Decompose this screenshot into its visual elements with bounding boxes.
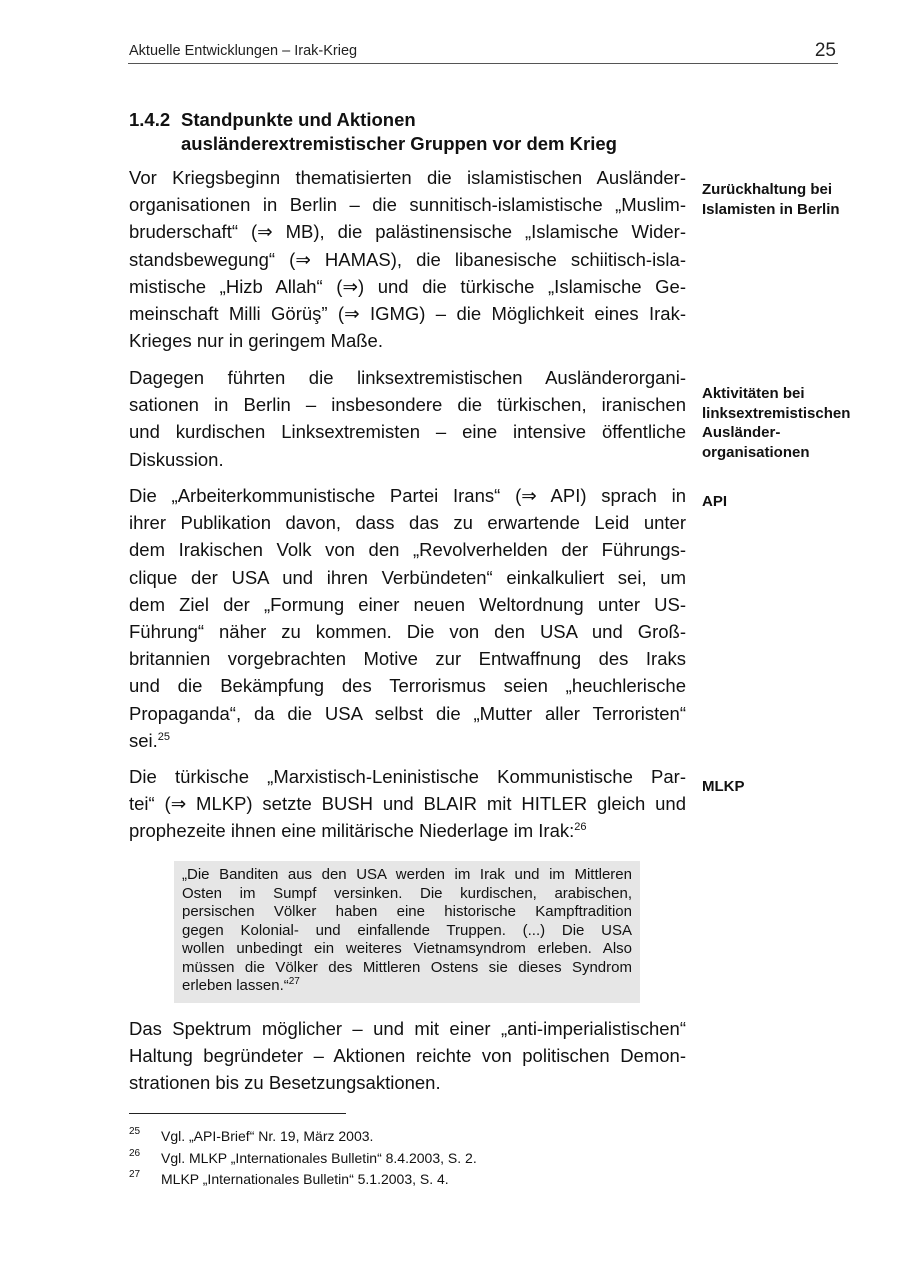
- text-line: Propaganda“, da die USA selbst die „Mutt…: [129, 700, 686, 727]
- paragraph-mlkp: Die türkische „Marxistisch-Leninistische…: [129, 763, 686, 845]
- text-line: und die Bekämpfung des Terrorismus seien…: [129, 672, 686, 699]
- footnote-text: Vgl. MLKP „Internationales Bulletin“ 8.4…: [161, 1149, 477, 1167]
- section-title-line-2: ausländerextremistischer Gruppen vor dem…: [181, 131, 617, 156]
- margin-note-line: Zurückhaltung bei: [702, 180, 840, 200]
- mlkp-quote: „Die Banditen aus den USA werden im Irak…: [182, 866, 632, 996]
- footnote-text: MLKP „Internationales Bulletin“ 5.1.2003…: [161, 1170, 449, 1188]
- footnote-ref-27[interactable]: 27: [289, 976, 300, 987]
- paragraph-spectrum-of-actions: Das Spektrum möglicher – und mit einer „…: [129, 1015, 686, 1097]
- quote-line: persischen Völker haben eine historische…: [182, 903, 632, 922]
- margin-note-left-extremist-activities: Aktivitäten bei linksextremistischen Aus…: [702, 384, 850, 462]
- text-line: Die „Arbeiterkommunistische Partei Irans…: [129, 482, 686, 509]
- text-line: dem Irakischen Volk von den „Revolverhel…: [129, 536, 686, 563]
- quote-line: Osten im Sumpf versinken. Die kurdischen…: [182, 885, 632, 904]
- footnote-number: 27: [129, 1166, 140, 1184]
- text-line: Diskussion.: [129, 446, 686, 473]
- text-fragment: sei.: [129, 730, 158, 751]
- paragraph-api: Die „Arbeiterkommunistische Partei Irans…: [129, 482, 686, 754]
- text-fragment: prophezeite ihnen eine militärische Nied…: [129, 820, 574, 841]
- text-line: dem Ziel der „Formung einer neuen Weltor…: [129, 591, 686, 618]
- text-line: Vor Kriegsbeginn thematisierten die isla…: [129, 164, 686, 191]
- footnote-text: Vgl. „API-Brief“ Nr. 19, März 2003.: [161, 1127, 373, 1145]
- text-line: Das Spektrum möglicher – und mit einer „…: [129, 1015, 686, 1042]
- margin-note-line: MLKP: [702, 777, 745, 797]
- text-line: Dagegen führten die linksextremistischen…: [129, 364, 686, 391]
- margin-note-line: Ausländer-: [702, 423, 850, 443]
- footnote-ref-26[interactable]: 26: [574, 821, 586, 833]
- text-line: tei“ (⇒ MLKP) setzte BUSH und BLAIR mit …: [129, 790, 686, 817]
- quote-line: gegen Kolonial- und einfallende Truppen.…: [182, 922, 632, 941]
- text-line: prophezeite ihnen eine militärische Nied…: [129, 817, 686, 844]
- header-divider: [128, 63, 838, 64]
- margin-note-mlkp: MLKP: [702, 777, 745, 797]
- margin-note-islamist-restraint: Zurückhaltung bei Islamisten in Berlin: [702, 180, 840, 219]
- margin-note-line: API: [702, 492, 727, 512]
- margin-note-line: Islamisten in Berlin: [702, 200, 840, 220]
- paragraph-islamist-restraint: Vor Kriegsbeginn thematisierten die isla…: [129, 164, 686, 354]
- quote-line: wollen unbedingt ein weiteres Vietnamsyn…: [182, 940, 632, 959]
- footnote-number: 25: [129, 1123, 140, 1141]
- text-fragment: erleben lassen.“: [182, 977, 289, 994]
- text-line: standsbewegung“ (⇒ HAMAS), die libanesis…: [129, 246, 686, 273]
- margin-note-line: organisationen: [702, 443, 850, 463]
- text-line: mistische „Hizb Allah“ (⇒) und die türki…: [129, 273, 686, 300]
- text-line: Die türkische „Marxistisch-Leninistische…: [129, 763, 686, 790]
- text-line: ihrer Publikation davon, dass das zu erw…: [129, 509, 686, 536]
- paragraph-left-extremist-activities: Dagegen führten die linksextremistischen…: [129, 364, 686, 473]
- margin-note-line: Aktivitäten bei: [702, 384, 850, 404]
- quote-line: erleben lassen.“27: [182, 977, 632, 996]
- footnote-number: 26: [129, 1145, 140, 1163]
- footnote-ref-25[interactable]: 25: [158, 731, 170, 743]
- text-line: meinschaft Milli Görüş” (⇒ IGMG) – die M…: [129, 300, 686, 327]
- margin-note-api: API: [702, 492, 727, 512]
- text-line: strationen bis zu Besetzungsaktionen.: [129, 1069, 686, 1096]
- footnote-divider: [129, 1113, 346, 1114]
- text-line: britannien vorgebrachten Motive zur Entw…: [129, 645, 686, 672]
- section-number: 1.4.2: [129, 107, 170, 132]
- text-line: sationen in Berlin – insbesondere die tü…: [129, 391, 686, 418]
- text-line: sei.25: [129, 727, 686, 754]
- text-line: clique der USA und ihren Verbündeten“ ei…: [129, 564, 686, 591]
- margin-note-line: linksextremistischen: [702, 404, 850, 424]
- text-line: und kurdischen Linksextremisten – eine i…: [129, 418, 686, 445]
- text-line: organisationen in Berlin – die sunnitisc…: [129, 191, 686, 218]
- text-line: Krieges nur in geringem Maße.: [129, 327, 686, 354]
- text-line: bruderschaft“ (⇒ MB), die palästinensisc…: [129, 218, 686, 245]
- text-line: Führung“ näher zu kommen. Die von den US…: [129, 618, 686, 645]
- quote-line: „Die Banditen aus den USA werden im Irak…: [182, 866, 632, 885]
- text-line: Haltung begründeter – Aktionen reichte v…: [129, 1042, 686, 1069]
- page-number: 25: [790, 40, 836, 62]
- running-header-title: Aktuelle Entwicklungen – Irak-Krieg: [129, 43, 357, 59]
- section-title-line-1: Standpunkte und Aktionen: [181, 107, 416, 132]
- quote-line: müssen die Völker des Mittleren Ostens s…: [182, 959, 632, 978]
